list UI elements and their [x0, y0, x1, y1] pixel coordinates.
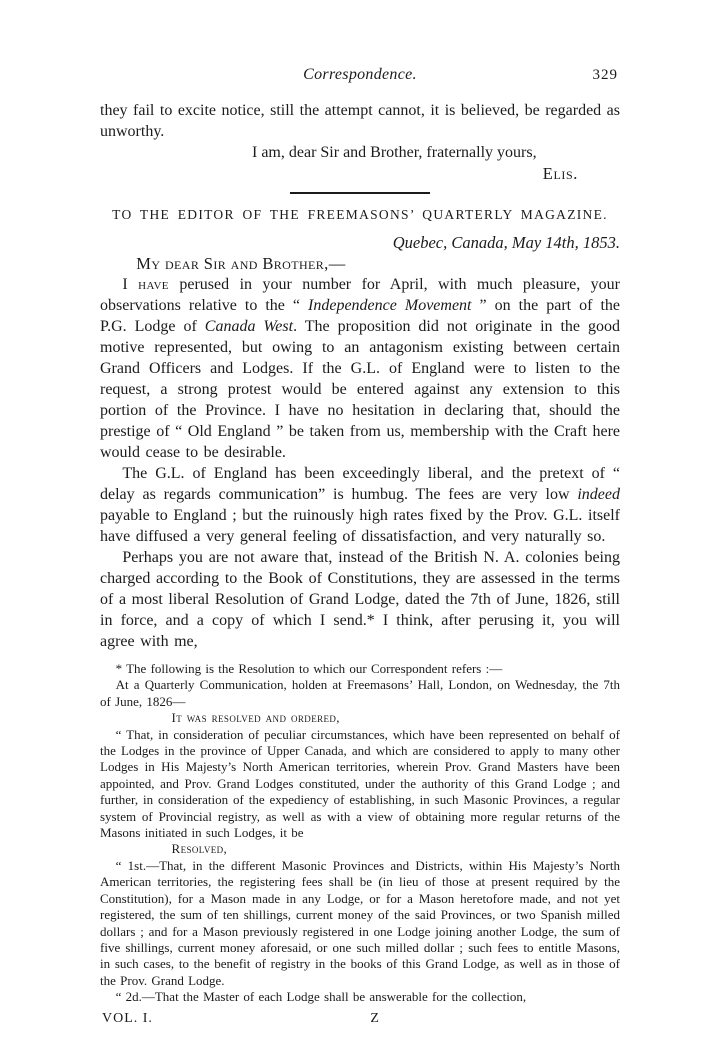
page-footer: VOL. I. Z: [100, 1011, 620, 1031]
footnote-paragraph: “ 1st.—That, in the different Masonic Pr…: [100, 858, 620, 989]
catchword: Z: [370, 1011, 380, 1027]
text-run: “ 1st.—That, in the different Masonic Pr…: [100, 858, 620, 988]
text-run: It was resolved and ordered,: [172, 710, 340, 725]
text-run: they fail to excite notice, still the at…: [100, 102, 620, 140]
text-run: Perhaps you are not aware that, instead …: [100, 549, 620, 650]
letter-paragraph: Perhaps you are not aware that, instead …: [100, 547, 620, 652]
page-number: 329: [593, 67, 619, 84]
text-run: I: [122, 276, 138, 293]
letter-continuation-paragraph: they fail to excite notice, still the at…: [100, 100, 620, 142]
text-run: “ That, in consideration of peculiar cir…: [100, 727, 620, 840]
salutation: My dear Sir and Brother,—: [100, 253, 620, 274]
text-run: payable to England ; but the ruinously h…: [100, 507, 620, 545]
text-run: . The proposition did not originate in t…: [100, 318, 620, 461]
section-divider-rule: [290, 192, 430, 194]
text-run: Canada West: [205, 318, 293, 335]
text-run: indeed: [577, 486, 620, 503]
footnote-paragraph: “ That, in consideration of peculiar cir…: [100, 727, 620, 842]
text-run: * The following is the Resolution to whi…: [116, 661, 503, 676]
footnote-paragraph: At a Quarterly Communication, holden at …: [100, 677, 620, 710]
text-run: Resolved,: [172, 841, 228, 856]
letter-paragraph: I have perused in your number for April,…: [100, 274, 620, 463]
text-run: Independence Movement: [308, 297, 471, 314]
text-run: My dear Sir and Brother,—: [136, 254, 345, 273]
letter-heading: TO THE EDITOR OF THE FREEMASONS’ QUARTER…: [100, 207, 620, 223]
footnote-paragraph: Resolved,: [100, 841, 620, 857]
dateline: Quebec, Canada, May 14th, 1853.: [100, 232, 620, 253]
footnote-block: * The following is the Resolution to whi…: [100, 661, 620, 1006]
running-header-title: Correspondence.: [100, 66, 620, 84]
scanned-book-page: Correspondence. 329 they fail to excite …: [0, 0, 706, 1057]
footnote-paragraph: * The following is the Resolution to whi…: [100, 661, 620, 677]
text-run: have: [138, 276, 169, 293]
text-run: The G.L. of England has been exceedingly…: [100, 465, 620, 503]
volume-label: VOL. I.: [102, 1011, 153, 1027]
valediction-line: I am, dear Sir and Brother, fraternally …: [100, 142, 620, 163]
footnote-paragraph: It was resolved and ordered,: [100, 710, 620, 726]
running-header: Correspondence. 329: [100, 66, 620, 86]
text-run: “ 2d.—That the Master of each Lodge shal…: [116, 989, 527, 1004]
footnote-paragraph: “ 2d.—That the Master of each Lodge shal…: [100, 989, 620, 1005]
text-run: At a Quarterly Communication, holden at …: [100, 677, 620, 708]
letter-body: I have perused in your number for April,…: [100, 274, 620, 652]
letter-paragraph: The G.L. of England has been exceedingly…: [100, 463, 620, 547]
signature: Elis.: [100, 163, 620, 184]
